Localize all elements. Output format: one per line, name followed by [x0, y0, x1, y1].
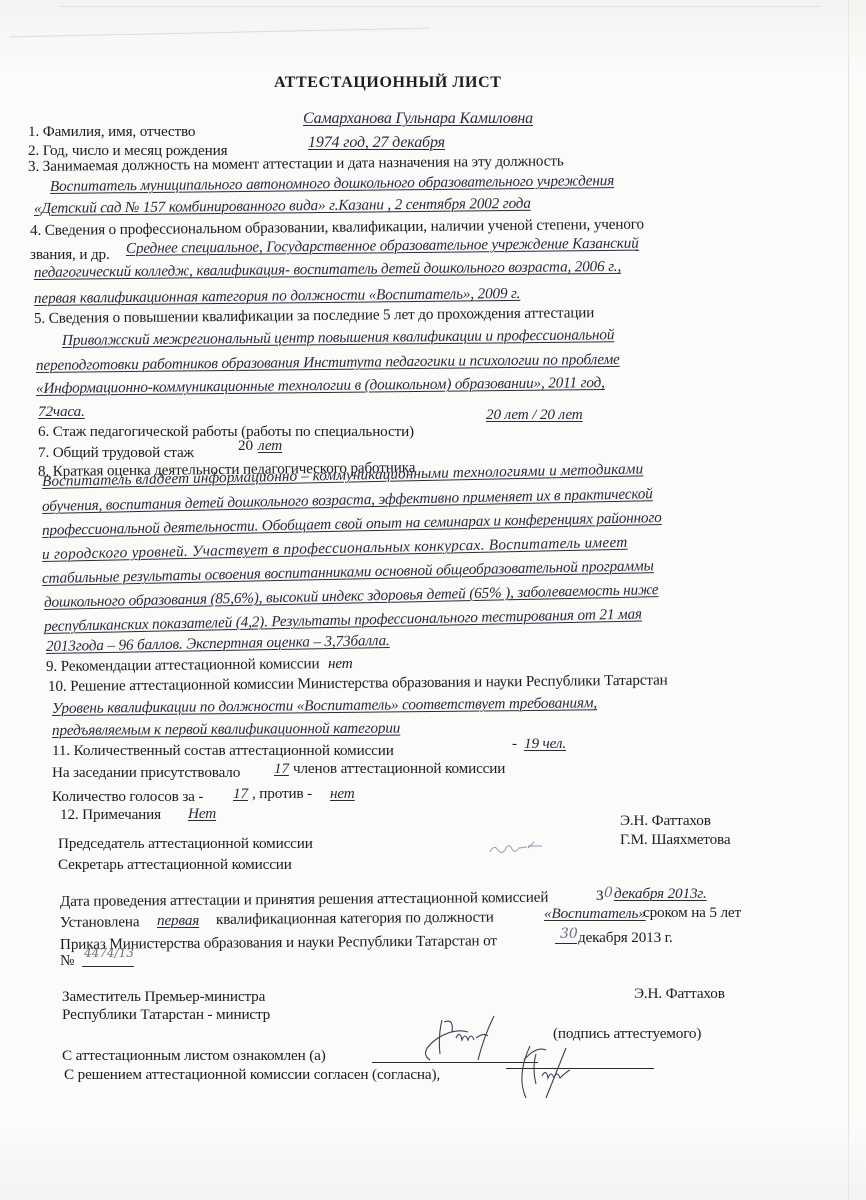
term-suffix: сроком на 5 лет [643, 904, 741, 922]
order-number-handwritten: 4474/13 [84, 946, 134, 960]
field-5-value-line: «Информационно-коммуникационные технолог… [36, 374, 605, 398]
field-12-value: Нет [188, 805, 216, 823]
field-4-value-line: первая квалификационная категория по дол… [34, 285, 520, 308]
secretary-signature [488, 840, 548, 860]
field-10-value-line: Уровень квалификации по должности «Воспи… [52, 694, 597, 718]
attestation-date-day: 3 [596, 887, 603, 905]
field-9-label: 9. Рекомендации аттестационной комиссии [46, 655, 320, 676]
field-3-value-line: Воспитатель муниципального автономного д… [50, 172, 614, 196]
field-11-present-suffix: членов аттестационной комиссии [293, 760, 505, 778]
secretary-name: Г.М. Шаяхметова [620, 831, 730, 849]
field-8-value-line: 2013года – 96 баллов. Экспертная оценка … [46, 632, 390, 656]
category-prefix: Установлена [60, 913, 140, 932]
position-value: «Воспитатель» [544, 905, 646, 923]
attestation-date-value: декабря 2013г. [614, 885, 707, 903]
chair-label: Председатель аттестационной комиссии [58, 835, 313, 853]
minister-title-line1: Заместитель Премьер-министра [62, 988, 265, 1006]
field-5-value-line: 72часа. [38, 403, 85, 421]
attestee-signature-2 [510, 1036, 590, 1106]
order-number-line [82, 966, 134, 967]
page-edge [848, 0, 849, 1200]
field-7-value-years: 20 [238, 437, 253, 455]
category-mid: квалификационная категория по должности [216, 909, 494, 929]
field-11-present-prefix: На заседании присутствовало [52, 764, 240, 782]
minister-title-line2: Республики Татарстан - министр [62, 1006, 270, 1024]
scan-artifact [60, 6, 820, 7]
attestee-signature-1 [410, 1010, 520, 1070]
field-7-label: 7. Общий трудовой стаж [38, 444, 194, 462]
field-11-present-value: 17 [274, 760, 289, 778]
agreed-label: С решением аттестационной комиссии согла… [64, 1066, 440, 1084]
field-10-value-line: предъявляемым к первой квалификационной … [52, 720, 400, 740]
scan-artifact [10, 28, 430, 38]
field-11-votes-prefix: Количество голосов за - [52, 788, 203, 806]
familiarized-label: С аттестационным листом ознакомлен (а) [62, 1047, 326, 1065]
field-2-value-birth-date: 1974 год, 27 декабря [308, 134, 445, 152]
attestation-date-day-handwritten: 0 [604, 885, 613, 901]
category-value: первая [157, 912, 199, 930]
field-5-value-line: переподготовки работников образования Ин… [36, 351, 620, 375]
field-1-label: 1. Фамилия, имя, отчество [28, 123, 195, 141]
document-title: АТТЕСТАЦИОННЫЙ ЛИСТ [274, 74, 502, 92]
field-5-value-line: Приволжский межрегиональный центр повыше… [62, 326, 614, 350]
field-12-label: 12. Примечания [60, 806, 161, 824]
attestation-sheet-page: АТТЕСТАЦИОННЫЙ ЛИСТ 1. Фамилия, имя, отч… [0, 0, 866, 1200]
field-10-label: 10. Решение аттестационной комиссии Мини… [48, 672, 668, 696]
field-4-label-cont: звания, и др. [30, 246, 110, 264]
chair-name: Э.Н. Фаттахов [620, 812, 711, 830]
order-day-line [555, 943, 577, 944]
field-6-value-teaching-experience: 20 лет / 20 лет [486, 406, 583, 424]
field-9-value: нет [328, 655, 353, 673]
order-day-handwritten: 30 [560, 926, 578, 942]
field-4-value-line: педагогический колледж, квалификация- во… [34, 258, 621, 282]
field-11-votes-for: 17 [233, 785, 248, 803]
attestation-date-label: Дата проведения аттестации и принятия ре… [60, 889, 548, 911]
field-7-value-unit: лет [258, 437, 282, 455]
field-11-votes-mid: , против - [252, 785, 312, 803]
field-3-value-line: «Детский сад № 157 комбинированного вида… [34, 195, 531, 218]
field-6-label: 6. Стаж педагогической работы (работы по… [38, 423, 414, 441]
order-date: декабря 2013 г. [578, 929, 673, 947]
minister-name: Э.Н. Фаттахов [634, 985, 725, 1003]
field-1-value-full-name: Самарханова Гульнара Камиловна [303, 110, 533, 128]
order-number-label: № [60, 952, 74, 970]
secretary-label: Секретарь аттестационной комиссии [58, 856, 292, 874]
field-11-label: 11. Количественный состав аттестационной… [52, 742, 394, 760]
field-11-value-members: 19 чел. [524, 735, 566, 753]
field-5-label: 5. Сведения о повышении квалификации за … [34, 304, 594, 328]
field-11-dash: - [512, 735, 517, 753]
field-11-votes-against: нет [330, 785, 355, 803]
